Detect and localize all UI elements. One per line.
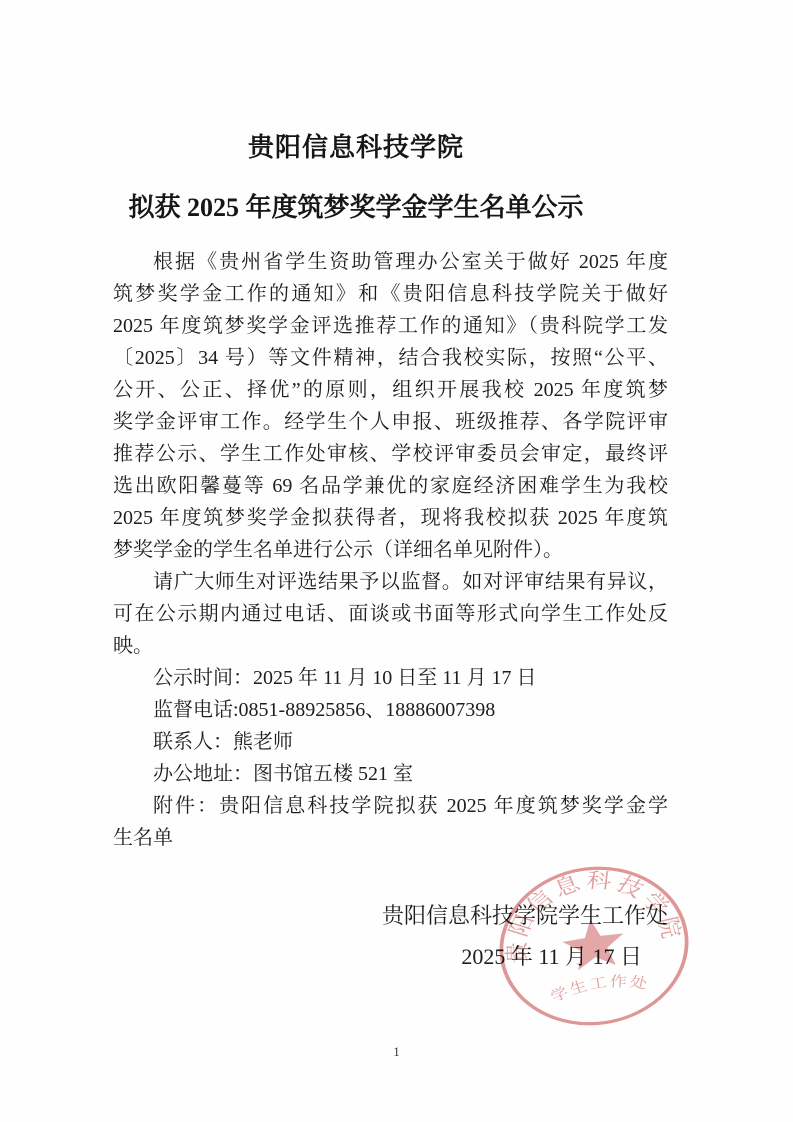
body-line: 筑梦奖学金工作的通知》和《贵阳信息科技学院关于做好 bbox=[113, 278, 668, 310]
body-line: 公开、公正、择优”的原则，组织开展我校 2025 年度筑梦 bbox=[113, 374, 668, 406]
document-subtitle: 拟获 2025 年度筑梦奖学金学生名单公示 bbox=[0, 187, 712, 224]
body-line-contact-person: 联系人：熊老师 bbox=[113, 726, 668, 758]
body-line: 2025 年度筑梦奖学金拟获得者，现将我校拟获 2025 年度筑 bbox=[113, 502, 668, 534]
body-line: 2025 年度筑梦奖学金评选推荐工作的通知》（贵科院学工发 bbox=[113, 310, 668, 342]
svg-text:学生工作处: 学生工作处 bbox=[547, 968, 654, 1006]
document-body: 根据《贵州省学生资助管理办公室关于做好 2025 年度 筑梦奖学金工作的通知》和… bbox=[113, 246, 668, 854]
body-line: 可在公示期内通过电话、面谈或书面等形式向学生工作处反 bbox=[113, 598, 668, 630]
body-line: 根据《贵州省学生资助管理办公室关于做好 2025 年度 bbox=[113, 246, 668, 278]
body-line: 梦奖学金的学生名单进行公示（详细名单见附件）。 bbox=[113, 534, 668, 566]
body-line: 推荐公示、学生工作处审核、学校评审委员会审定，最终评 bbox=[113, 438, 668, 470]
seal-bottom-text: 学生工作处 bbox=[547, 968, 654, 1006]
signature-block: 贵阳信息科技学院学生工作处 2025 年 11 月 17 日 bbox=[113, 901, 668, 972]
body-line-attachment: 附件：贵阳信息科技学院拟获 2025 年度筑梦奖学金学 bbox=[113, 790, 668, 822]
body-line-supervision-phone: 监督电话:0851-88925856、18886007398 bbox=[113, 694, 668, 726]
signature-date: 2025 年 11 月 17 日 bbox=[113, 942, 668, 972]
document-page: 贵阳信息科技学院 拟获 2025 年度筑梦奖学金学生名单公示 根据《贵州省学生资… bbox=[0, 0, 793, 1122]
body-line: 选出欧阳馨蔓等 69 名品学兼优的家庭经济困难学生为我校 bbox=[113, 470, 668, 502]
body-line: 〔2025〕34 号）等文件精神，结合我校实际，按照“公平、 bbox=[113, 342, 668, 374]
body-line: 奖学金评审工作。经学生个人申报、班级推荐、各学院评审 bbox=[113, 406, 668, 438]
signature-organization: 贵阳信息科技学院学生工作处 bbox=[113, 901, 668, 931]
body-line-publicity-period: 公示时间：2025 年 11 月 10 日至 11 月 17 日 bbox=[113, 662, 668, 694]
body-line: 请广大师生对评选结果予以监督。如对评审结果有异议， bbox=[113, 566, 668, 598]
body-line: 生名单 bbox=[113, 822, 668, 854]
page-number: 1 bbox=[0, 1044, 793, 1060]
body-line-office-address: 办公地址：图书馆五楼 521 室 bbox=[113, 758, 668, 790]
body-line: 映。 bbox=[113, 630, 668, 662]
document-title: 贵阳信息科技学院 bbox=[0, 127, 712, 164]
